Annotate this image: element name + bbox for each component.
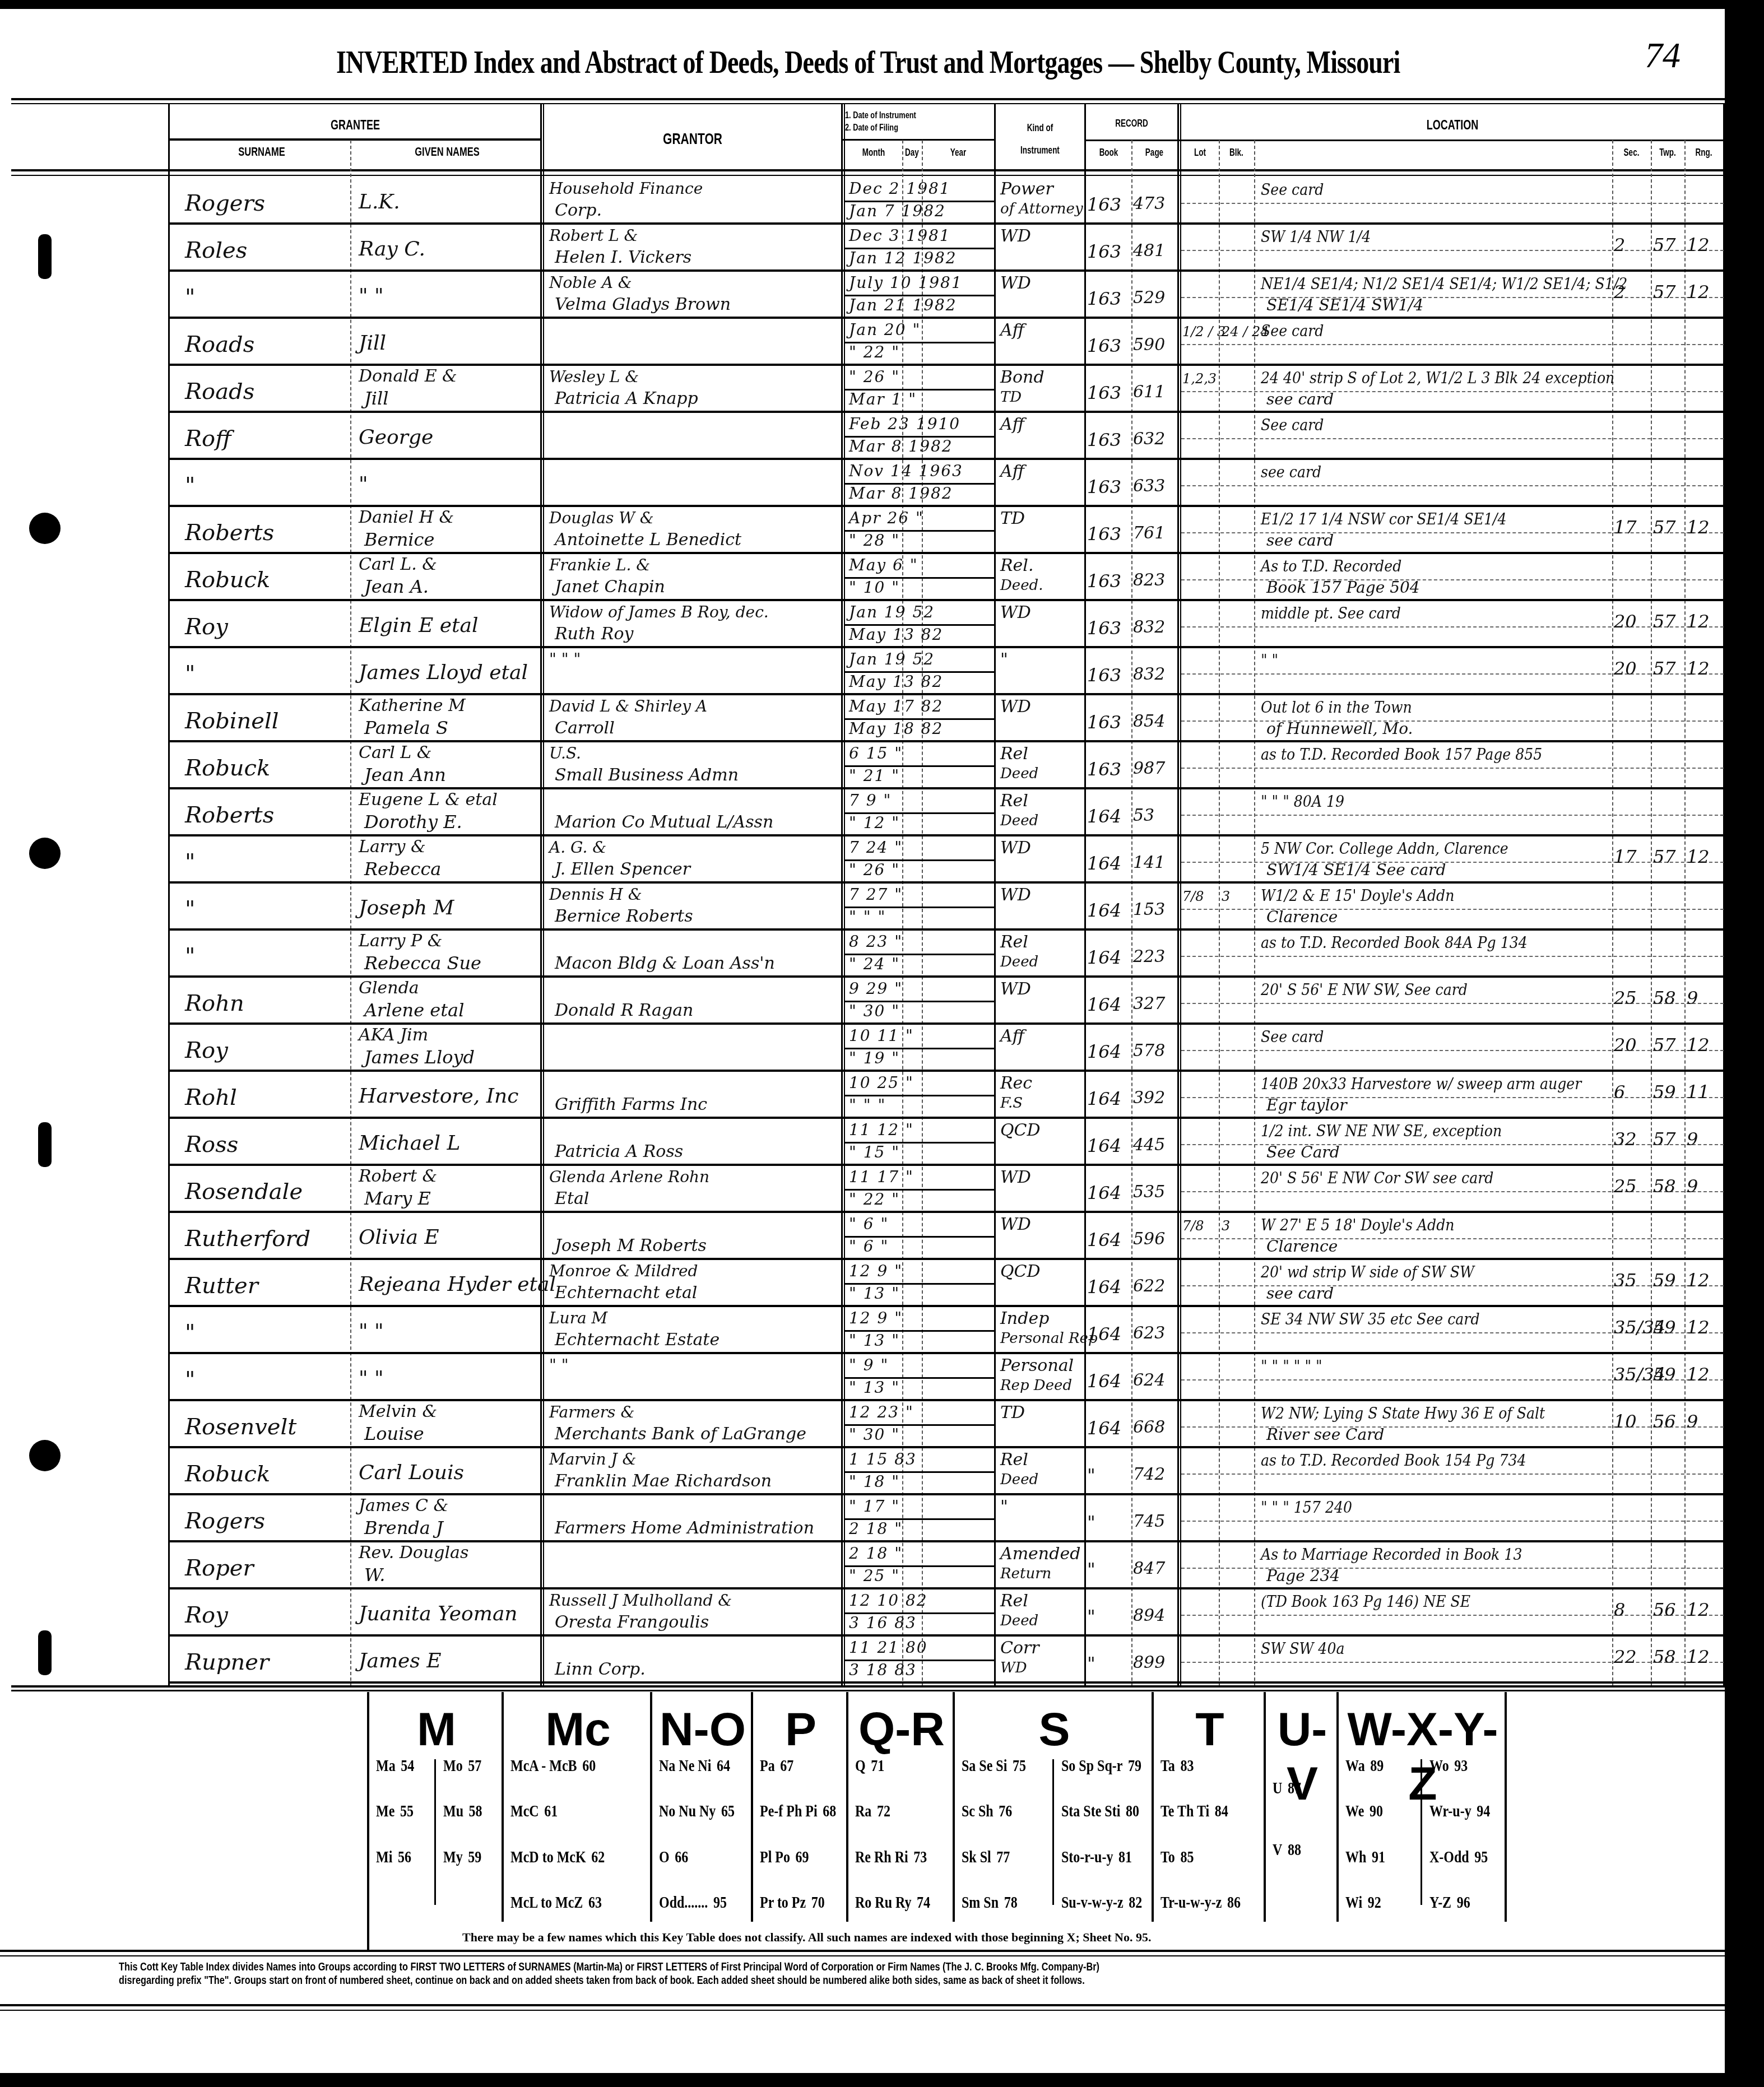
grantee-surname: Roy (185, 1602, 228, 1628)
record-book: 163 (1087, 523, 1121, 545)
table-row: RoyJuanita YeomanRussell J Mulholland &O… (0, 1589, 1725, 1636)
date-of-instrument: Jan 19 52 (849, 603, 935, 621)
grantee-surname: Roads (185, 379, 254, 405)
date-of-instrument: Dec 2 1981 (849, 179, 951, 198)
kind-of-instrument: WD (1000, 603, 1031, 622)
location-description: Out lot 6 in the Town (1261, 698, 1412, 717)
key-entry-prefix: Na Ne Ni (659, 1756, 711, 1775)
date-of-filing: Mar 8 1982 (849, 484, 953, 503)
header-day: Day (904, 147, 919, 159)
grantor-line1: Lura M (549, 1309, 607, 1327)
title-emphasis: INVERTED (336, 45, 467, 80)
key-entry: Pa67 (760, 1756, 793, 1775)
date-of-instrument: Feb 23 1910 (849, 415, 960, 433)
location-description: as to T.D. Recorded Book 84A Pg 134 (1261, 933, 1528, 952)
date-of-instrument: 7 9 " (849, 791, 892, 810)
key-entry: Ro Ru Ry74 (855, 1893, 930, 1912)
kind-of-instrument: Rel (1000, 744, 1028, 764)
record-page: 761 (1133, 523, 1165, 543)
key-entry-prefix: Wh (1345, 1848, 1366, 1866)
grantee-given-names: Robert & (359, 1166, 437, 1186)
key-entry-prefix: Su-v-w-y-z (1061, 1893, 1124, 1912)
key-group-mc: McMcA - McB60McC61McD to McK62McL to McZ… (502, 1692, 652, 1922)
kind-of-instrument: Rel. (1000, 556, 1033, 575)
table-row: RobuckCarl L. &Jean A.Frankie L. &Janet … (0, 554, 1725, 601)
record-book: 164 (1087, 1135, 1121, 1156)
grantor-line1: A. G. & (549, 838, 606, 857)
record-page: 632 (1133, 429, 1165, 449)
kind-of-instrument: TD (1000, 509, 1025, 528)
kind-of-instrument-line2: Personal Rep (1000, 1330, 1098, 1347)
key-entry-sheet: 92 (1368, 1893, 1381, 1912)
header-grantee: GRANTEE (216, 118, 495, 133)
location-description: SW SW 40a (1261, 1639, 1344, 1658)
grantee-given-names: Rev. Douglas (359, 1543, 468, 1563)
kind-of-instrument-line2: Deed. (1000, 577, 1043, 594)
key-entry: Ma54 (376, 1756, 414, 1775)
kind-of-instrument: Personal (1000, 1356, 1074, 1375)
grantee-given-names-line2: Pamela S (364, 717, 448, 738)
key-entry-sheet: 76 (999, 1802, 1012, 1820)
record-page: 745 (1133, 1512, 1165, 1531)
grantor-line1: U.S. (549, 744, 581, 763)
table-row: RohnGlendaArlene etalDonald R Ragan9 29 … (0, 977, 1725, 1024)
grantee-given-names-line2: Jean Ann (364, 764, 446, 785)
grantee-surname: " (185, 896, 195, 922)
key-entry-prefix: O (659, 1848, 670, 1866)
record-book: 163 (1087, 476, 1121, 498)
location-rng: 12 (1687, 1599, 1710, 1620)
kind-of-instrument-line2: Deed (1000, 954, 1038, 970)
grantor-line2: Merchants Bank of LaGrange (555, 1424, 806, 1444)
kind-of-instrument: Aff (1000, 415, 1024, 434)
kind-of-instrument: WD (1000, 1168, 1031, 1187)
footer-line-1: This Cott Key Table Index divides Names … (119, 1961, 1099, 1974)
grantee-given-names: James Lloyd etal (359, 661, 528, 684)
grantor-line1: Wesley L & (549, 368, 639, 386)
key-entry: No Nu Ny65 (659, 1802, 735, 1821)
key-entry-sheet: 74 (917, 1893, 930, 1912)
kind-of-instrument-line2: Deed (1000, 1612, 1038, 1629)
kind-of-instrument: Aff (1000, 462, 1024, 481)
key-entry-prefix: Ro Ru Ry (855, 1893, 912, 1912)
date-of-filing: " 10 " (849, 578, 900, 597)
title-text: Index and Abstract of Deeds, Deeds of Tr… (467, 45, 1400, 80)
grantee-given-names-line2: Jean A. (364, 576, 429, 597)
key-entry-prefix: So Sp Sq-r (1061, 1756, 1122, 1775)
date-of-filing: 3 18 83 (849, 1661, 917, 1679)
key-group-letter: S (955, 1702, 1154, 1756)
table-row: RobertsEugene L & etalDorothy E.Marion C… (0, 789, 1725, 836)
key-entry: My59 (443, 1848, 481, 1867)
location-description-line2: see card (1266, 531, 1334, 550)
key-entry-sheet: 71 (871, 1756, 884, 1775)
key-entry-prefix: X-Odd (1429, 1848, 1469, 1866)
kind-of-instrument: Rec (1000, 1073, 1032, 1093)
location-description-line2: of Hunnewell, Mo. (1266, 719, 1413, 738)
key-entry-sheet: 96 (1457, 1893, 1470, 1912)
record-book: 163 (1087, 288, 1121, 309)
record-book: 163 (1087, 382, 1121, 403)
key-entry: Sc Sh76 (962, 1802, 1012, 1821)
location-sec: 6 (1614, 1081, 1625, 1103)
location-sec: 8 (1614, 1599, 1625, 1620)
location-description: See card (1261, 1028, 1324, 1046)
key-entry: Y-Z96 (1429, 1893, 1470, 1912)
grantee-surname: Rosenvelt (185, 1414, 296, 1440)
location-twp: 57 (1653, 517, 1676, 538)
location-sec: 17 (1614, 517, 1637, 538)
key-entry-prefix: Me (376, 1802, 394, 1820)
grantee-given-names: " " (359, 1367, 384, 1390)
grantee-surname: Roads (185, 332, 254, 357)
grantee-given-names-line2: Rebecca (364, 858, 441, 880)
location-description: middle pt. See card (1261, 604, 1401, 622)
grantor-line1: David L & Shirley A (549, 697, 707, 715)
location-twp: 58 (1653, 1175, 1676, 1197)
date-of-instrument: " 26 " (849, 368, 900, 386)
grantor-line1: Monroe & Mildred (549, 1262, 698, 1280)
table-row: RobuckCarl L &Jean AnnU.S.Small Business… (0, 742, 1725, 789)
key-entry: Mu58 (443, 1802, 482, 1821)
location-description: See card (1261, 322, 1324, 340)
header-given-names: GIVEN NAMES (377, 145, 518, 159)
location-twp: 58 (1653, 1646, 1676, 1667)
record-page: 622 (1133, 1276, 1165, 1296)
location-description: as to T.D. Recorded Book 157 Page 855 (1261, 745, 1542, 764)
grantee-given-names: Eugene L & etal (359, 790, 498, 810)
key-entry: McC61 (510, 1802, 558, 1821)
key-entry-sheet: 85 (1180, 1848, 1194, 1866)
location-twp: 57 (1653, 846, 1676, 867)
location-rng: 12 (1687, 1646, 1710, 1667)
grantee-surname: Roberts (185, 520, 274, 546)
record-book: " (1087, 1559, 1095, 1580)
record-page: 611 (1133, 382, 1165, 402)
kind-of-instrument: WD (1000, 273, 1031, 293)
grantee-given-names: Ray C. (359, 238, 425, 261)
location-description: as to T.D. Recorded Book 154 Pg 734 (1261, 1451, 1526, 1470)
location-twp: 59 (1653, 1317, 1676, 1338)
kind-of-instrument: Aff (1000, 1026, 1024, 1046)
grantee-given-names: Daniel H & (359, 508, 454, 527)
date-of-filing: May 13 82 (849, 672, 943, 691)
kind-of-instrument: WD (1000, 1215, 1031, 1234)
grantee-given-names: Katherine M (359, 696, 466, 715)
record-book: 164 (1087, 994, 1121, 1015)
location-sec: 25 (1614, 987, 1637, 1008)
header-blk: Blk. (1223, 147, 1250, 159)
location-rng: 12 (1687, 1270, 1710, 1291)
scan-border-right (1725, 0, 1764, 2087)
grantee-surname: Roy (185, 1038, 228, 1063)
date-of-filing: " 26 " (849, 861, 900, 879)
record-page: 596 (1133, 1229, 1165, 1249)
table-row: RosenveltMelvin &LouiseFarmers &Merchant… (0, 1401, 1725, 1448)
grantee-given-names: James C & (359, 1496, 448, 1516)
key-entry-sheet: 72 (877, 1802, 890, 1820)
record-book: 163 (1087, 194, 1121, 215)
date-of-filing: " 22 " (849, 343, 900, 361)
date-of-filing: " 13 " (849, 1378, 900, 1397)
table-row: RosendaleRobert &Mary EGlenda Arlene Roh… (0, 1165, 1725, 1212)
grantor-line2: Patricia A Ross (555, 1142, 683, 1161)
record-page: 832 (1133, 617, 1165, 637)
date-of-filing: " 30 " (849, 1425, 900, 1444)
location-description: SE 34 NW SW 35 etc See card (1261, 1310, 1480, 1328)
key-entry-prefix: McA - McB (510, 1756, 577, 1775)
key-entry-sheet: 84 (1215, 1802, 1228, 1820)
key-entry-sheet: 56 (398, 1848, 411, 1866)
header-kind: Kind of (1007, 122, 1074, 134)
grantor-line1: " " " (549, 650, 581, 668)
record-book: 164 (1087, 806, 1121, 827)
location-twp: 57 (1653, 1128, 1676, 1150)
location-description: 20' S 56' E NW Cor SW see card (1261, 1169, 1493, 1187)
location-rng: 12 (1687, 517, 1710, 538)
date-of-filing: Jan 21 1982 (849, 296, 957, 314)
key-group-no: N-ONa Ne Ni64No Nu Ny65O66Odd.......95 (650, 1692, 753, 1922)
key-entry-sheet: 93 (1454, 1756, 1468, 1775)
key-entry-sheet: 63 (588, 1893, 602, 1912)
grantee-given-names: Carl L. & (359, 555, 437, 574)
date-of-filing: " " " (849, 1096, 886, 1114)
location-twp: 59 (1653, 1081, 1676, 1103)
grantee-given-names: Donald E & (359, 366, 457, 386)
key-entry: We90 (1345, 1802, 1383, 1821)
key-entry-sheet: 54 (401, 1756, 414, 1775)
date-of-instrument: " 9 " (849, 1356, 889, 1374)
date-of-filing: " 12 " (849, 814, 900, 832)
record-book: 164 (1087, 1088, 1121, 1109)
grantee-given-names: George (359, 426, 433, 449)
record-page: 141 (1133, 853, 1165, 872)
key-entry: Pe-f Ph Pi68 (760, 1802, 836, 1821)
record-book: 163 (1087, 712, 1121, 733)
table-row: ""Nov 14 1963Mar 8 1982Aff163633see card (0, 459, 1725, 506)
table-row: RoadsJillJan 20 "" 22 "Aff1635901/2 / 32… (0, 318, 1725, 365)
table-row: "" "Lura MEchternacht Estate12 9 "" 13 "… (0, 1307, 1725, 1354)
grantee-given-names: Glenda (359, 978, 419, 998)
grantor-line1: Noble A & (549, 273, 632, 292)
table-row: RohlHarvestore, IncGriffith Farms Inc10 … (0, 1071, 1725, 1118)
record-book: 164 (1087, 1182, 1121, 1203)
grantee-given-names-line2: James Lloyd (364, 1047, 475, 1068)
location-description-line2: River see Card (1266, 1425, 1385, 1444)
location-description-line2: Page 234 (1266, 1567, 1340, 1585)
key-entry-sheet: 69 (796, 1848, 809, 1866)
key-group-wxyz: W-X-Y-ZWa89We90Wh91Wi92Wo93Wr-u-y94X-Odd… (1336, 1692, 1507, 1922)
key-entry-sheet: 79 (1127, 1756, 1141, 1775)
kind-of-instrument: Amended (1000, 1544, 1080, 1564)
location-blk: 3 (1222, 889, 1230, 904)
kind-of-instrument-line2: TD (1000, 389, 1022, 406)
key-entry: Tr-u-w-y-z86 (1160, 1893, 1241, 1912)
table-row: RobinellKatherine MPamela SDavid L & Shi… (0, 695, 1725, 742)
grantee-given-names: James E (359, 1649, 442, 1672)
key-entry-sheet: 67 (780, 1756, 793, 1775)
location-sec: 35 (1614, 1270, 1637, 1291)
key-entry: To85 (1160, 1848, 1194, 1867)
grantee-given-names-line2: Bernice (364, 529, 434, 550)
record-page: 832 (1133, 664, 1165, 684)
key-entry: Sta Ste Sti80 (1061, 1802, 1139, 1821)
key-entry-prefix: Re Rh Ri (855, 1848, 908, 1866)
location-lot: 7/8 (1182, 889, 1204, 904)
date-of-filing: " 18 " (849, 1472, 900, 1491)
location-description: W2 NW; Lying S State Hwy 36 E of Salt (1261, 1404, 1545, 1423)
location-description: W 27' E 5 18' Doyle's Addn (1261, 1216, 1455, 1234)
date-of-instrument: " 6 " (849, 1215, 889, 1233)
key-entry-sheet: 70 (811, 1893, 825, 1912)
table-row: "Larry &RebeccaA. G. &J. Ellen Spencer7 … (0, 836, 1725, 883)
key-entry-sheet: 60 (582, 1756, 596, 1775)
date-of-instrument: 11 17 " (849, 1168, 914, 1186)
location-description-line2: Clarence (1266, 1237, 1338, 1256)
header-book: Book (1092, 147, 1126, 159)
key-entry-prefix: Wi (1345, 1893, 1362, 1912)
location-description: see card (1261, 463, 1321, 481)
location-twp: 57 (1653, 281, 1676, 303)
location-rng: 12 (1687, 611, 1710, 632)
key-entry: Sa Se Si75 (962, 1756, 1026, 1775)
grantor-line2: Franklin Mae Richardson (555, 1471, 772, 1491)
key-entry: Sm Sn78 (962, 1893, 1018, 1912)
header-twp: Twp. (1655, 147, 1681, 159)
header-month: Month (852, 147, 895, 159)
location-description: 24 40' strip S of Lot 2, W1/2 L 3 Blk 24… (1261, 369, 1614, 387)
kind-of-instrument: QCD (1000, 1121, 1041, 1140)
key-entry: McA - McB60 (510, 1756, 596, 1775)
date-of-filing: " 28 " (849, 531, 900, 550)
grantor-line1: Marvin J & (549, 1450, 637, 1468)
grantee-surname: Rogers (185, 190, 265, 216)
location-sec: 20 (1614, 1034, 1637, 1056)
grantor-line2: Carroll (555, 718, 615, 738)
key-entry: U87 (1273, 1779, 1301, 1798)
date-of-instrument: May 17 82 (849, 697, 943, 715)
table-row: RutherfordOlivia EJoseph M Roberts" 6 ""… (0, 1212, 1725, 1259)
record-book: 164 (1087, 1276, 1121, 1298)
location-rng: 12 (1687, 281, 1710, 303)
kind-of-instrument: " (1000, 1497, 1008, 1517)
record-book: 164 (1087, 1370, 1121, 1392)
grantee-given-names: Melvin & (359, 1402, 437, 1421)
header-date-instrument: 1. Date of Instrument (845, 110, 957, 121)
kind-of-instrument: WD (1000, 226, 1031, 246)
grantee-surname: Rosendale (185, 1179, 303, 1205)
grantee-given-names-line2: Brenda J (364, 1517, 443, 1538)
grantee-given-names: Michael L (359, 1132, 460, 1155)
table-row: RoadsDonald E &JillWesley L &Patricia A … (0, 365, 1725, 412)
kind-of-instrument: Rel (1000, 1450, 1028, 1470)
location-rng: 9 (1687, 1175, 1698, 1197)
key-entry: Re Rh Ri73 (855, 1848, 927, 1867)
table-row: RoffGeorgeFeb 23 1910Mar 8 1982Aff163632… (0, 412, 1725, 459)
key-entry-prefix: McD to McK (510, 1848, 586, 1866)
grantee-given-names: Olivia E (359, 1226, 439, 1249)
location-twp: 59 (1653, 1270, 1676, 1291)
key-entry-prefix: Sta Ste Sti (1061, 1802, 1120, 1820)
location-twp: 57 (1653, 234, 1676, 255)
grantee-surname: Rutter (185, 1273, 258, 1299)
key-entry: Wa89 (1345, 1756, 1384, 1775)
record-book: 163 (1087, 570, 1121, 592)
record-page: 823 (1133, 570, 1165, 590)
grantor-line1: Glenda Arlene Rohn (549, 1168, 709, 1186)
date-of-filing: Mar 1 " (849, 390, 917, 408)
key-entry: Me55 (376, 1802, 414, 1821)
record-page: 392 (1133, 1088, 1165, 1108)
key-entry: O66 (659, 1848, 688, 1867)
key-entry-prefix: Q (855, 1756, 866, 1775)
key-entry-sheet: 94 (1477, 1802, 1490, 1820)
key-entry-sheet: 66 (675, 1848, 688, 1866)
location-lot: 1/2 / 3 (1182, 324, 1225, 340)
date-of-filing: " 19 " (849, 1049, 900, 1067)
key-entry-prefix: Sk Sl (962, 1848, 991, 1866)
key-entry-sheet: 59 (468, 1848, 481, 1866)
grantor-line2: Bernice Roberts (555, 907, 693, 926)
kind-of-instrument: Power (1000, 179, 1053, 199)
table-row: "James Lloyd etal" " "Jan 19 52May 13 82… (0, 648, 1725, 695)
grantor-line1: " " (549, 1356, 569, 1374)
grantee-given-names: AKA Jim (359, 1025, 428, 1045)
date-of-instrument: Jan 19 52 (849, 650, 935, 668)
date-of-instrument: Dec 3 1981 (849, 226, 951, 245)
date-of-filing: 2 18 " (849, 1519, 903, 1538)
record-page: 847 (1133, 1559, 1165, 1578)
key-group-t: TTa83Te Th Ti84To85Tr-u-w-y-z86 (1152, 1692, 1266, 1922)
record-book: 163 (1087, 617, 1121, 639)
grantee-given-names: Carl Louis (359, 1461, 464, 1484)
date-of-filing: Mar 8 1982 (849, 437, 953, 455)
record-book: 163 (1087, 241, 1121, 262)
location-sec: 20 (1614, 611, 1637, 632)
key-entry-sheet: 82 (1129, 1893, 1142, 1912)
date-of-instrument: 10 25 " (849, 1073, 914, 1092)
key-entry: Odd.......95 (659, 1893, 727, 1912)
location-blk: 3 (1222, 1218, 1230, 1234)
date-of-instrument: 8 23 " (849, 932, 903, 951)
kind-of-instrument: Bond (1000, 368, 1045, 387)
key-entry: Wr-u-y94 (1429, 1802, 1490, 1821)
key-entry-prefix: Mi (376, 1848, 392, 1866)
record-book: " (1087, 1512, 1095, 1533)
key-group-letter: N-O (652, 1702, 753, 1756)
grantee-given-names: Joseph M (359, 896, 454, 919)
kind-of-instrument: Aff (1000, 320, 1024, 340)
key-entry: Q71 (855, 1756, 884, 1775)
kind-of-instrument: WD (1000, 697, 1031, 717)
location-description-line2: see card (1266, 390, 1334, 408)
kind-of-instrument: WD (1000, 979, 1031, 999)
table-row: RogersL.K.Household FinanceCorp.Dec 2 19… (0, 177, 1725, 224)
kind-of-instrument-line2: Deed (1000, 812, 1038, 829)
grantee-given-names: L.K. (359, 190, 400, 213)
location-rng: 12 (1687, 658, 1710, 679)
location-description: " " " 80A 19 (1261, 792, 1344, 811)
grantor-line2: Donald R Ragan (555, 1001, 693, 1020)
grantee-surname: Rogers (185, 1508, 265, 1534)
table-row: RoyAKA JimJames Lloyd10 11 "" 19 "Aff164… (0, 1024, 1725, 1071)
kind-of-instrument-line2: of Attorney (1000, 201, 1083, 217)
date-of-filing: Jan 7 1982 (849, 202, 946, 220)
key-entry: Sto-r-u-y81 (1061, 1848, 1132, 1867)
date-of-instrument: 7 27 " (849, 885, 903, 904)
record-book: 164 (1087, 900, 1121, 921)
kind-of-instrument-line2: F.S (1000, 1095, 1023, 1112)
